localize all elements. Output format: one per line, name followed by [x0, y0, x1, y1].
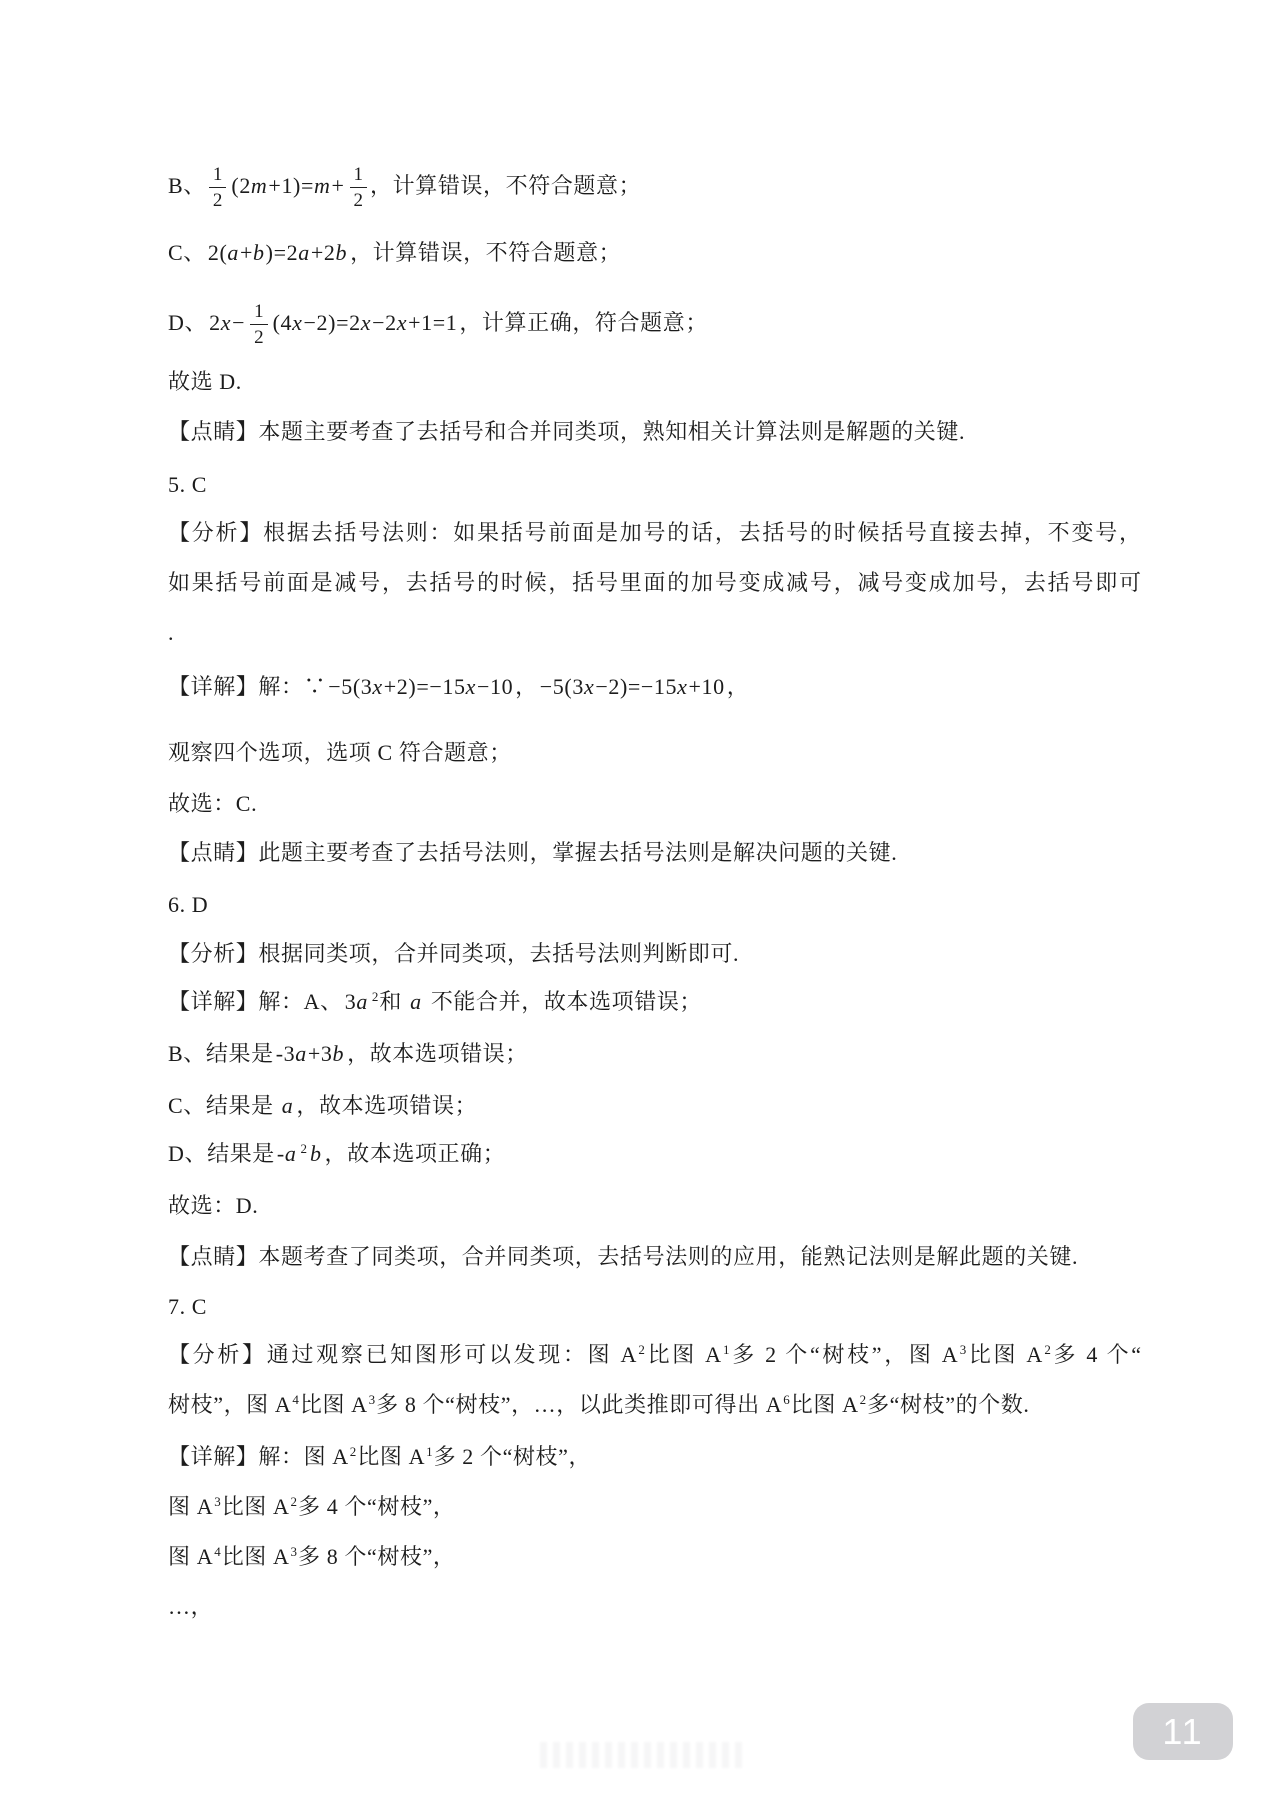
superscript-number: 3 — [959, 1342, 968, 1357]
superscript-number: 3 — [290, 1544, 299, 1559]
superscript-number: 1 — [722, 1342, 731, 1357]
text-line: 如果括号前面是减号，去括号的时候，括号里面的加号变成减号，减号变成加号，去括号即… — [168, 568, 1142, 598]
text-line: 【分析】根据去括号法则：如果括号前面是加号的话，去括号的时候括号直接去掉，不变号… — [168, 518, 1142, 548]
text-line: 故选：C. — [168, 789, 1142, 819]
superscript-number: 2 — [637, 1342, 646, 1357]
math-expression: 2x− — [207, 310, 247, 335]
watermark — [540, 1742, 748, 1768]
math-expression: −5(3x+2)=−15x−10 — [326, 674, 515, 699]
math-expression: 3a — [343, 989, 371, 1014]
fraction: 12 — [209, 165, 227, 210]
superscript-number: 2 — [349, 1444, 358, 1459]
text-line: 图 A3比图 A2多 4 个“树枝”， — [168, 1492, 1142, 1522]
superscript-number: 2 — [1043, 1342, 1052, 1357]
superscript-number: 6 — [782, 1392, 791, 1407]
math-expression: a — [280, 1093, 297, 1118]
superscript-number: 3 — [213, 1494, 222, 1509]
text-line: 6. D — [168, 890, 1142, 920]
superscript-number: 3 — [368, 1392, 377, 1407]
math-expression: 2(a+b)=2a+2b — [206, 240, 350, 265]
text-line: 树枝”，图 A4比图 A3多 8 个“树枝”，…，以此类推即可得出 A6比图 A… — [168, 1390, 1142, 1420]
superscript-number: 4 — [213, 1544, 222, 1559]
text-line: 5. C — [168, 470, 1142, 500]
page-number-badge: 11 — [1133, 1703, 1233, 1760]
fraction: 12 — [250, 302, 268, 347]
math-expression: b — [308, 1141, 325, 1166]
text-line: 【分析】通过观察已知图形可以发现：图 A2比图 A1多 2 个“树枝”，图 A3… — [168, 1340, 1142, 1370]
text-line: 【点睛】本题主要考查了去括号和合并同类项，熟知相关计算法则是解题的关键. — [168, 417, 1142, 447]
text-line: B、12(2m+1)=m+12，计算错误，不符合题意； — [168, 157, 1142, 215]
text-line: 【详解】解：∵−5(3x+2)=−15x−10，−5(3x−2)=−15x+10… — [168, 672, 1142, 702]
text-line: C、2(a+b)=2a+2b，计算错误，不符合题意； — [168, 238, 1142, 268]
text-line: 故选：D. — [168, 1191, 1142, 1221]
math-expression: -3a+3b — [274, 1041, 347, 1066]
math-expression: (4x−2)=2x−2x+1=1 — [271, 310, 460, 335]
text-line: 故选 D. — [168, 367, 1142, 397]
superscript-number: 2 — [299, 1141, 308, 1156]
superscript-number: 4 — [291, 1392, 300, 1407]
text-line: . — [168, 618, 1142, 648]
text-line: 【点睛】此题主要考查了去括号法则，掌握去括号法则是解决问题的关键. — [168, 838, 1142, 868]
text-line: 【详解】解：图 A2比图 A1多 2 个“树枝”， — [168, 1442, 1142, 1472]
math-expression: (2m+1)=m+ — [229, 173, 346, 198]
text-line: D、结果是-a2b，故本选项正确； — [168, 1139, 1142, 1169]
text-line: 【详解】解：A、3a2和 a 不能合并，故本选项错误； — [168, 987, 1142, 1017]
fraction: 12 — [350, 165, 368, 210]
math-expression: a — [408, 989, 425, 1014]
superscript-number: 2 — [290, 1494, 299, 1509]
text-line: 【点睛】本题考查了同类项，合并同类项，去括号法则的应用，能熟记法则是解此题的关键… — [168, 1242, 1142, 1272]
superscript-number: 2 — [371, 989, 380, 1004]
math-expression: −5(3x−2)=−15x+10 — [538, 674, 727, 699]
text-line: C、结果是 a，故本选项错误； — [168, 1091, 1142, 1121]
text-line: B、结果是-3a+3b，故本选项错误； — [168, 1039, 1142, 1069]
document-page: B、12(2m+1)=m+12，计算错误，不符合题意；C、2(a+b)=2a+2… — [0, 0, 1280, 1809]
text-line: …， — [168, 1592, 1142, 1622]
text-line: 【分析】根据同类项，合并同类项，去括号法则判断即可. — [168, 939, 1142, 969]
superscript-number: 2 — [859, 1392, 868, 1407]
page-number: 11 — [1162, 1711, 1203, 1753]
math-expression: -a — [275, 1141, 300, 1166]
text-line: 图 A4比图 A3多 8 个“树枝”， — [168, 1542, 1142, 1572]
text-line: 观察四个选项，选项 C 符合题意； — [168, 738, 1142, 768]
text-line: D、2x−12(4x−2)=2x−2x+1=1，计算正确，符合题意； — [168, 294, 1142, 352]
text-line: 7. C — [168, 1292, 1142, 1322]
superscript-number: 1 — [425, 1444, 434, 1459]
